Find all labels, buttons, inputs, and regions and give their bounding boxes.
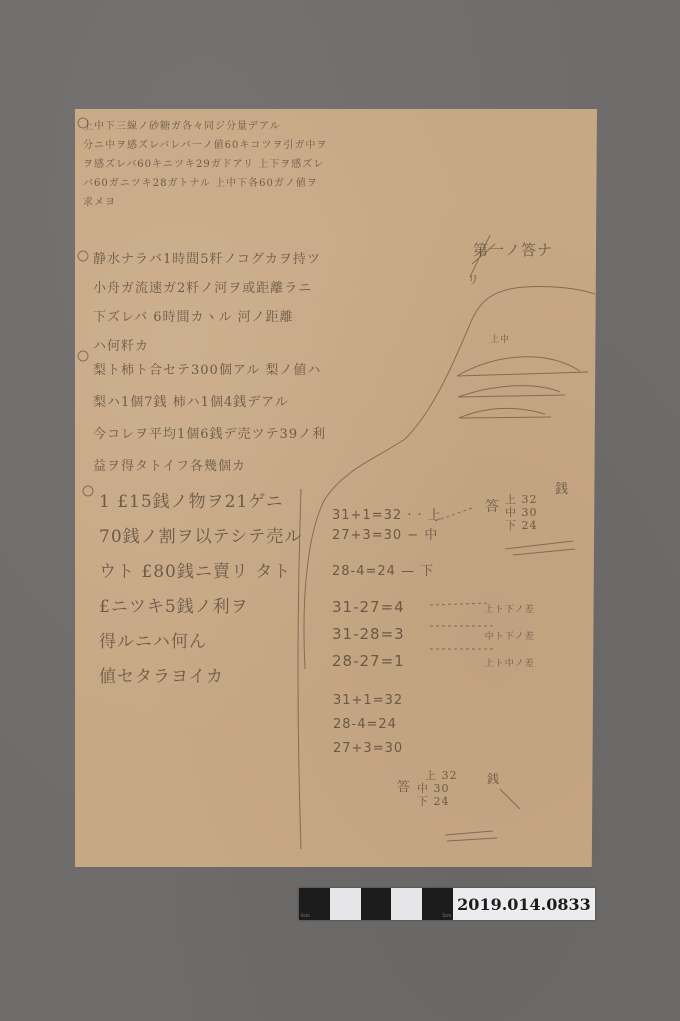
section-4-line: ウト £80銭ニ賣リ タト bbox=[99, 555, 302, 590]
calc-group-2: 31-27=4上ト下ノ差 31-28=3中ト下ノ差 28-27=1上ト中ノ差 bbox=[332, 595, 535, 676]
section-1-line: ヲ感ズレバ60キニツキ29ガドアリ 上下ヲ感ズレ bbox=[83, 155, 327, 174]
calc-row: 27+3=30 − 中 bbox=[332, 526, 442, 546]
diagram-label: 第一ノ答ナ bbox=[473, 239, 553, 260]
calc-group-3: 31+1=32 28-4=24 27+3=30 bbox=[333, 689, 403, 761]
section-2-line: 静水ナラバ1時間5粁ノコグカヲ持ツ bbox=[93, 245, 321, 274]
accession-number-label: 2019.014.0833 bbox=[453, 888, 595, 920]
calc-row: 28-4=24 bbox=[333, 713, 403, 737]
section-4-line: 得ルニハ何ん bbox=[99, 625, 302, 660]
calc-row: 31+1=32 bbox=[333, 689, 403, 713]
section-1-line: バ60ガニツキ28ガトナル 上中下各60ガノ値ヲ bbox=[83, 174, 327, 193]
section-1-line: 分ニ中ヲ感ズレバレバ一ノ値60キコツヲ引ガ中ヲ bbox=[83, 136, 327, 155]
diagram-arrow-label: 上中 bbox=[490, 332, 510, 345]
section-3-line: 梨ハ1個7銭 柿ハ1個4銭デアル bbox=[93, 387, 326, 419]
section-3: 梨ト柿ト合セテ300個アル 梨ノ値ハ 梨ハ1個7銭 柿ハ1個4銭デアル 今コレヲ… bbox=[93, 355, 326, 483]
answer-box-1: 答 上 32 中 30 下 24 銭 bbox=[493, 493, 538, 532]
section-2-line: 小舟ガ流速ガ2粁ノ河ヲ或距離ラニ bbox=[93, 274, 321, 303]
diagram-sublabel: リ bbox=[467, 271, 480, 288]
calc-row: 31-28=3中ト下ノ差 bbox=[332, 622, 535, 649]
section-3-line: 今コレヲ平均1個6銭デ売ツテ39ノ利 bbox=[93, 419, 326, 451]
section-3-line: 益ヲ得タトイフ各幾個カ bbox=[93, 451, 326, 483]
answer-box-2: 答 上 32 中 30 下 24 銭 bbox=[405, 769, 458, 808]
document-paper: 上中下三線ノ砂糖ガ各々同ジ分量デアル 分ニ中ヲ感ズレバレバ一ノ値60キコツヲ引ガ… bbox=[75, 109, 597, 867]
calc-row: 31-27=4上ト下ノ差 bbox=[332, 595, 535, 622]
section-3-line: 梨ト柿ト合セテ300個アル 梨ノ値ハ bbox=[93, 355, 326, 387]
scale-block-white bbox=[330, 888, 361, 920]
calc-row: 27+3=30 bbox=[333, 737, 403, 761]
calc-row: 28-27=1上ト中ノ差 bbox=[332, 649, 535, 676]
section-4-line: 1 £15銭ノ物ヲ21ゲニ bbox=[99, 485, 302, 520]
section-4-line: £ニツキ5銭ノ利ヲ bbox=[99, 590, 302, 625]
section-2: 静水ナラバ1時間5粁ノコグカヲ持ツ 小舟ガ流速ガ2粁ノ河ヲ或距離ラニ 下ズレバ … bbox=[93, 245, 321, 361]
scale-bar: 0cm 5cm 2019.014.0833 bbox=[299, 888, 595, 920]
calc-row: 31+1=32 · · 上 bbox=[332, 506, 442, 526]
section-1-line: 求メヨ bbox=[83, 193, 327, 212]
calc-row: 28-4=24 — 下 bbox=[332, 562, 442, 582]
section-2-line: 下ズレバ 6時間カヽル 河ノ距離 bbox=[93, 303, 321, 332]
section-4: 1 £15銭ノ物ヲ21ゲニ 70銭ノ割ヲ以テシテ売ル ウト £80銭ニ賣リ タト… bbox=[99, 485, 302, 695]
section-4-line: 値セタラヨイカ bbox=[99, 660, 302, 695]
calc-group-1: 31+1=32 · · 上 27+3=30 − 中 28-4=24 — 下 bbox=[332, 506, 442, 582]
scale-block-white bbox=[391, 888, 422, 920]
section-4-line: 70銭ノ割ヲ以テシテ売ル bbox=[99, 520, 302, 555]
section-1-line: 上中下三線ノ砂糖ガ各々同ジ分量デアル bbox=[83, 117, 327, 136]
scale-block-black: 0cm bbox=[299, 888, 330, 920]
scale-block-black bbox=[361, 888, 392, 920]
section-1: 上中下三線ノ砂糖ガ各々同ジ分量デアル 分ニ中ヲ感ズレバレバ一ノ値60キコツヲ引ガ… bbox=[83, 117, 327, 212]
scale-block-black: 5cm bbox=[422, 888, 453, 920]
